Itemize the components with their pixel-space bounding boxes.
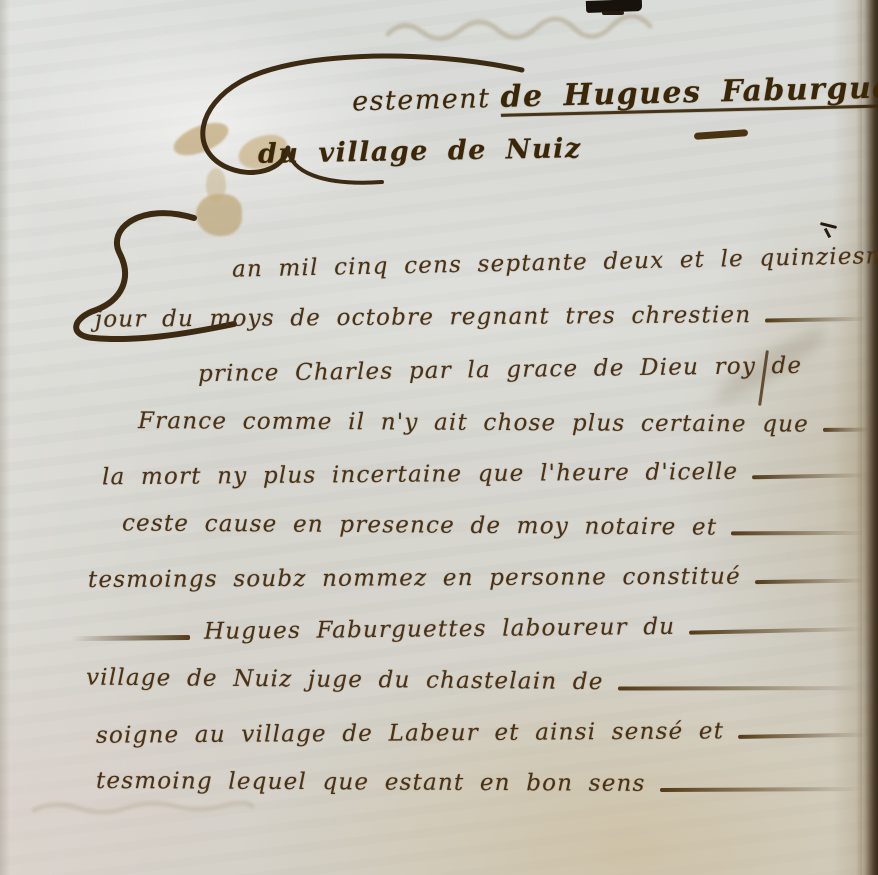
leading-flourish-stroke [72,634,190,640]
line-text: tesmoings soubz nommez en personne const… [88,564,741,593]
document-title-line2: du village de Nuiz [258,133,582,170]
bleedthrough-ghost-text-top [382,4,672,50]
line-filler-stroke [731,531,870,535]
manuscript-line: jour du moys de octobre regnant tres chr… [95,301,870,332]
manuscript-line: prince Charles par la grace de Dieu roy … [198,353,798,387]
line-filler-stroke [660,787,870,792]
manuscript-line: Hugues Faburguettes laboureur du [72,612,870,646]
manuscript-line: an mil cinq cens septante deux et le qui… [232,243,870,282]
manuscript-line: soigne au village de Labeur et ainsi sen… [96,717,870,748]
line-text: la mort ny plus incertaine que l'heure d… [102,459,739,491]
line-filler-stroke [738,733,870,739]
manuscript-line: France comme il n'y ait chose plus certa… [138,408,870,438]
title-testator-name: de Hugues Faburguettes [500,69,878,115]
line-text: village de Nuiz juge du chastelain de [86,665,604,696]
line-filler-stroke [618,686,870,690]
stray-ink-tick-2 [824,228,831,238]
left-edge-shading [0,0,10,875]
line-filler-stroke [689,627,870,635]
title-word: estement [352,83,491,117]
manuscript-line: tesmoing lequel que estant en bon sens [96,768,870,798]
manuscript-line: ceste cause en presence de moy notaire e… [122,510,870,541]
line-text: prince Charles par la grace de Dieu roy … [198,353,803,387]
line-text: ceste cause en presence de moy notaire e… [122,510,717,540]
line-filler-stroke [752,473,870,479]
line-filler-stroke [765,317,870,323]
line-text: France comme il n'y ait chose plus certa… [138,408,809,438]
line-text: jour du moys de octobre regnant tres chr… [95,302,751,333]
manuscript-line: la mort ny plus incertaine que l'heure d… [102,458,870,491]
manuscript-line: village de Nuiz juge du chastelain de [86,665,870,698]
manuscript-line: tesmoings soubz nommez en personne const… [88,563,870,593]
bleedthrough-ghost-text-bottom [30,796,260,820]
manuscript-page-photo: estementde Hugues Faburguettes du villag… [0,0,878,875]
line-text: soigne au village de Labeur et ainsi sen… [96,718,724,748]
line-filler-stroke [755,578,870,584]
line-text: tesmoing lequel que estant en bon sens [96,768,646,797]
line-filler-stroke [823,428,870,432]
title-initial-t-flourish [182,52,542,202]
line-text: Hugues Faburguettes laboureur du [204,614,675,645]
line-text: an mil cinq cens septante deux et le qui… [232,243,878,283]
title-filler-dash [694,129,748,140]
